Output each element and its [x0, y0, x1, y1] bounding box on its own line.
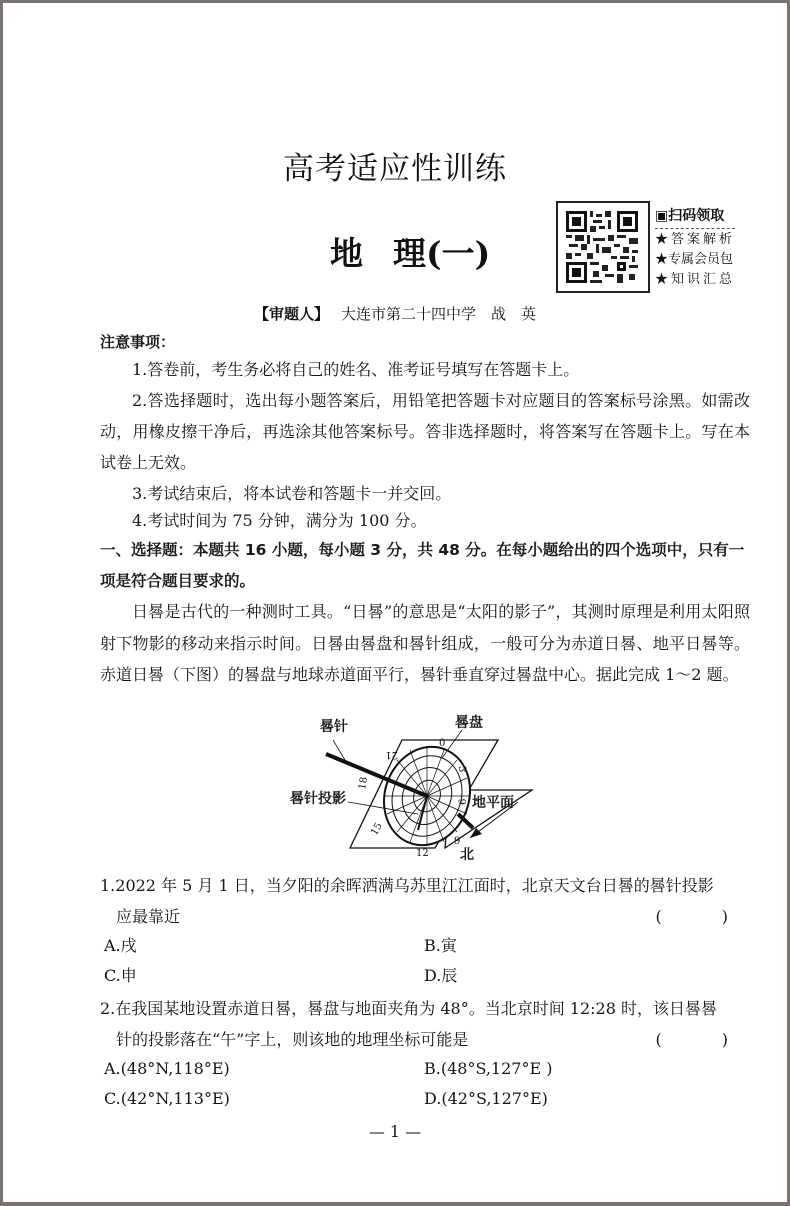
qr-promo-item: ★专属会员包 [655, 250, 735, 270]
svg-text:21: 21 [385, 749, 398, 760]
question-stem: 1.2022 年 5 月 1 日，当夕阳的余晖洒满乌苏里江江面时，北京天文台日晷… [100, 870, 750, 901]
subject-char-1: 地 [330, 234, 363, 273]
question-1: 1.2022 年 5 月 1 日，当夕阳的余晖洒满乌苏里江江面时，北京天文台日晷… [100, 870, 750, 932]
passage: 日晷是古代的一种测时工具。“日晷”的意思是“太阳的影子”，其测时原理是利用太阳照… [100, 596, 750, 691]
qr-promo-item: ★答案解析 [655, 230, 735, 250]
option-b[interactable]: B.(48°S,127°E ) [424, 1053, 552, 1084]
answer-blank[interactable]: ( ) [656, 901, 751, 932]
svg-text:6: 6 [458, 799, 469, 805]
subject-title: 地理(一) [330, 228, 490, 275]
option-a[interactable]: A.(48°N,118°E) [104, 1053, 230, 1084]
reviewer-name: 大连市第二十四中学 战 英 [341, 305, 536, 323]
qr-promo: ▣扫码领取 ★答案解析 ★专属会员包 ★知识汇总 [655, 206, 735, 290]
sundial-figure: 03 69 1215 1821 晷针 晷盘 晷针投影 地平面 北 [270, 710, 550, 870]
note-item: 1.答卷前，考生务必将自己的姓名、准考证号填写在答题卡上。 [100, 354, 750, 385]
svg-text:15: 15 [369, 821, 385, 838]
note-item: 4.考试时间为 75 分钟，满分为 100 分。 [100, 505, 750, 536]
option-d[interactable]: D.辰 [424, 960, 457, 991]
question-stem: 2.在我国某地设置赤道日晷，晷盘与地面夹角为 48°。当北京时间 12:28 时… [100, 993, 750, 1024]
svg-text:0: 0 [439, 738, 445, 749]
subject-char-2: 理(一) [393, 234, 490, 273]
svg-text:18: 18 [357, 776, 370, 790]
option-a[interactable]: A.戌 [104, 930, 137, 961]
reviewer-label: 【审题人】 [254, 305, 329, 323]
reviewer-line: 【审题人】大连市第二十四中学 战 英 [0, 303, 790, 324]
section-heading: 一、选择题：本题共 16 小题，每小题 3 分，共 48 分。在每小题给出的四个… [100, 535, 750, 597]
scan-icon: ▣ [655, 208, 668, 224]
label-ground: 地平面 [472, 792, 514, 812]
page-number: — 1 — [0, 1122, 790, 1141]
answer-blank[interactable]: ( ) [656, 1024, 751, 1055]
label-gnomon: 晷针 [320, 716, 348, 736]
question-stem-cont: 应最靠近 [116, 901, 180, 932]
qr-code-icon [566, 211, 638, 283]
question-stem-cont: 针的投影落在“午”字上，则该地的地理坐标可能是 [116, 1024, 468, 1055]
option-d[interactable]: D.(42°S,127°E) [424, 1083, 548, 1114]
note-item: 2.答选择题时，选出每小题答案后，用铅笔把答题卡对应题目的答案标号涂黑。如需改动… [100, 385, 750, 478]
label-shadow: 晷针投影 [290, 788, 346, 808]
option-c[interactable]: C.申 [104, 960, 137, 991]
label-dial: 晷盘 [455, 712, 483, 732]
exam-title: 高考适应性训练 [0, 143, 790, 188]
option-c[interactable]: C.(42°N,113°E) [104, 1083, 230, 1114]
qr-promo-heading: ▣扫码领取 [655, 206, 735, 229]
svg-text:12: 12 [416, 848, 429, 859]
qr-promo-item: ★知识汇总 [655, 270, 735, 290]
question-2: 2.在我国某地设置赤道日晷，晷盘与地面夹角为 48°。当北京时间 12:28 时… [100, 993, 750, 1055]
option-b[interactable]: B.寅 [424, 930, 457, 961]
label-north: 北 [460, 844, 474, 864]
qr-code[interactable] [556, 201, 650, 293]
svg-text:3: 3 [456, 766, 467, 772]
